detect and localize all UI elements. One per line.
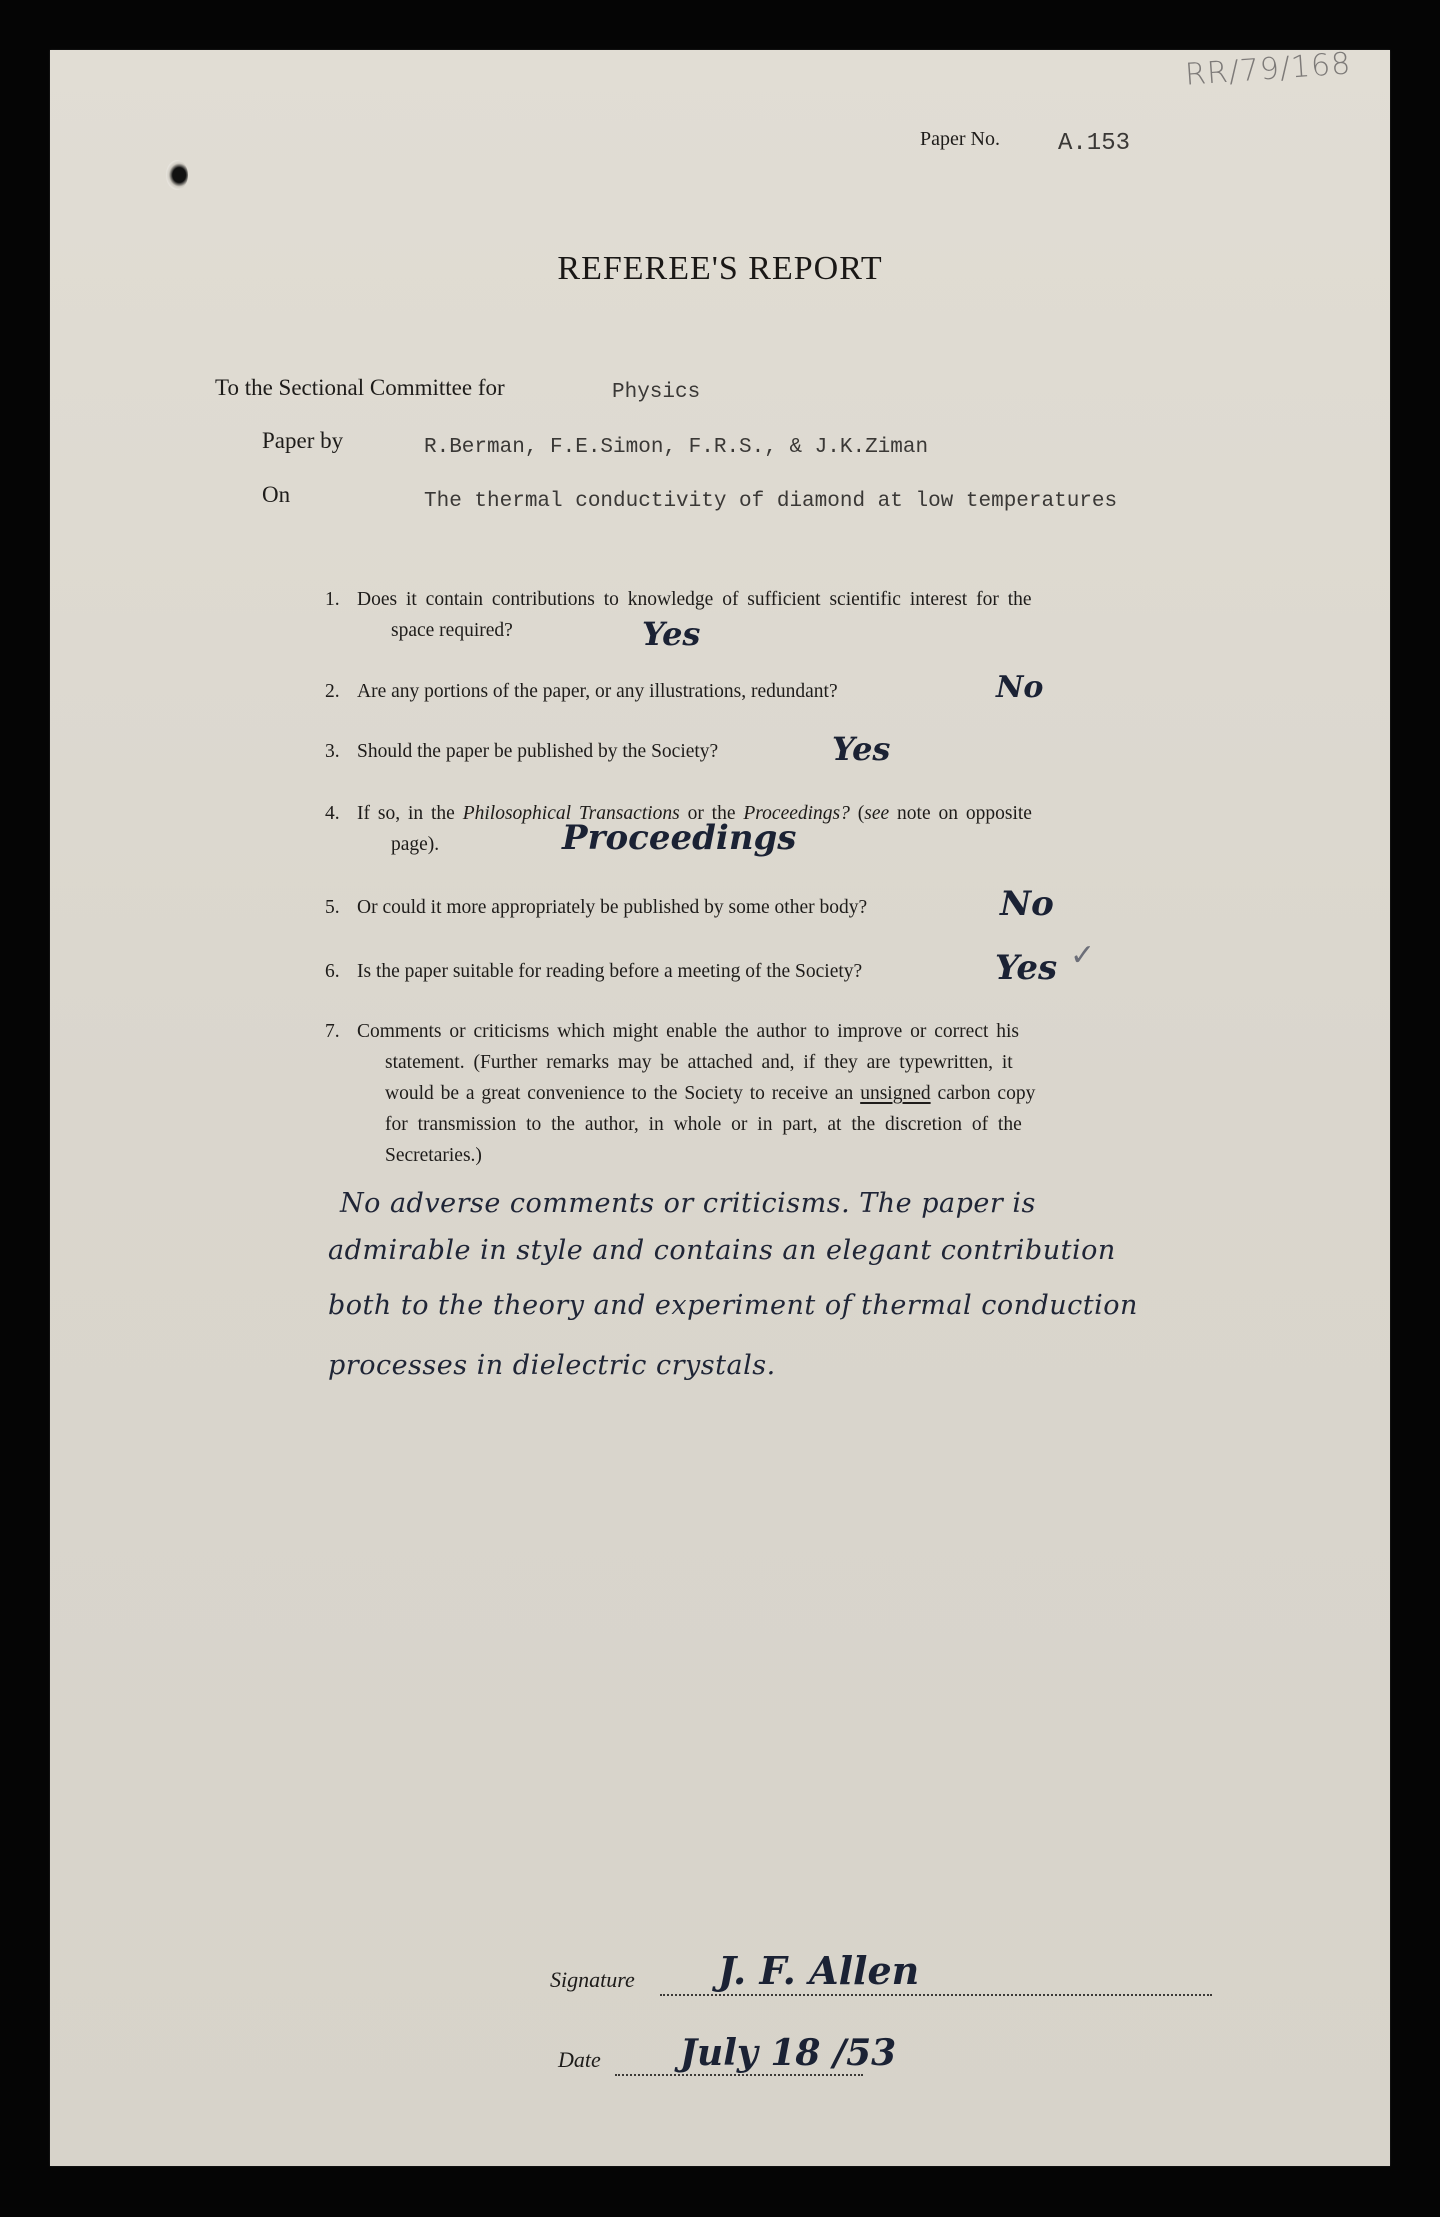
question-text-line: page). bbox=[391, 829, 439, 860]
page-title: REFEREE'S REPORT bbox=[50, 250, 1390, 288]
answer-5-handwritten: No bbox=[1000, 884, 1054, 924]
answer-6-handwritten: Yes bbox=[995, 948, 1057, 988]
question-text-line: for transmission to the author, in whole… bbox=[385, 1109, 1022, 1140]
question-text-line: Or could it more appropriately be publis… bbox=[357, 892, 867, 923]
signature-handwritten: J. F. Allen bbox=[718, 1948, 919, 1993]
question-number: 2. bbox=[325, 676, 340, 707]
committee-value: Physics bbox=[612, 381, 700, 404]
question-text-line: Does it contain contributions to knowled… bbox=[357, 584, 1032, 615]
punch-hole bbox=[166, 160, 188, 190]
question-number: 1. bbox=[325, 584, 340, 615]
paper-no-label: Paper No. bbox=[920, 128, 1000, 151]
question-text-line: Secretaries.) bbox=[385, 1140, 482, 1171]
comment-line: both to the theory and experiment of the… bbox=[328, 1290, 1138, 1321]
question-3: 3. Should the paper be published by the … bbox=[325, 736, 1155, 768]
comment-line: admirable in style and contains an elega… bbox=[328, 1235, 1116, 1266]
committee-label: To the Sectional Committee for bbox=[215, 375, 505, 401]
question-text-line: Comments or criticisms which might enabl… bbox=[357, 1016, 1019, 1047]
answer-4-handwritten: Proceedings bbox=[562, 818, 796, 858]
question-number: 5. bbox=[325, 892, 340, 923]
question-text-line: Should the paper be published by the Soc… bbox=[357, 736, 718, 767]
question-number: 7. bbox=[325, 1016, 340, 1047]
on-value: The thermal conductivity of diamond at l… bbox=[424, 490, 1117, 513]
question-7: 7. Comments or criticisms which might en… bbox=[325, 1016, 1155, 1176]
question-text-line: Are any portions of the paper, or any il… bbox=[357, 676, 838, 707]
paper-by-label: Paper by bbox=[262, 428, 343, 454]
question-number: 3. bbox=[325, 736, 340, 767]
checkmark-icon: ✓ bbox=[1070, 938, 1095, 973]
unsigned-emphasis: unsigned bbox=[860, 1083, 930, 1104]
question-text-line: statement. (Further remarks may be attac… bbox=[385, 1047, 1013, 1078]
answer-1-handwritten: Yes bbox=[642, 615, 700, 653]
question-text-line: would be a great convenience to the Soci… bbox=[385, 1078, 1035, 1109]
question-number: 4. bbox=[325, 798, 340, 829]
question-text-line: space required? bbox=[391, 615, 513, 646]
date-handwritten: July 18 /53 bbox=[680, 2032, 896, 2074]
answer-3-handwritten: Yes bbox=[832, 730, 890, 768]
referee-report-page: RR/79/168 Paper No. A.153 REFEREE'S REPO… bbox=[50, 50, 1390, 2166]
date-label: Date bbox=[558, 2047, 601, 2073]
date-line bbox=[615, 2074, 863, 2076]
comment-line: No adverse comments or criticisms. The p… bbox=[340, 1188, 1036, 1219]
question-1: 1. Does it contain contributions to know… bbox=[325, 584, 1155, 654]
answer-2-handwritten: No bbox=[996, 670, 1043, 705]
paper-no-value: A.153 bbox=[1058, 130, 1130, 157]
archive-reference: RR/79/168 bbox=[1184, 46, 1352, 93]
paper-by-value: R.Berman, F.E.Simon, F.R.S., & J.K.Ziman bbox=[424, 436, 928, 459]
question-number: 6. bbox=[325, 956, 340, 987]
question-text-line: Is the paper suitable for reading before… bbox=[357, 956, 862, 987]
on-label: On bbox=[262, 482, 290, 508]
signature-label: Signature bbox=[550, 1967, 635, 1993]
comment-line: processes in dielectric crystals. bbox=[328, 1350, 776, 1381]
signature-line bbox=[660, 1994, 1212, 1996]
